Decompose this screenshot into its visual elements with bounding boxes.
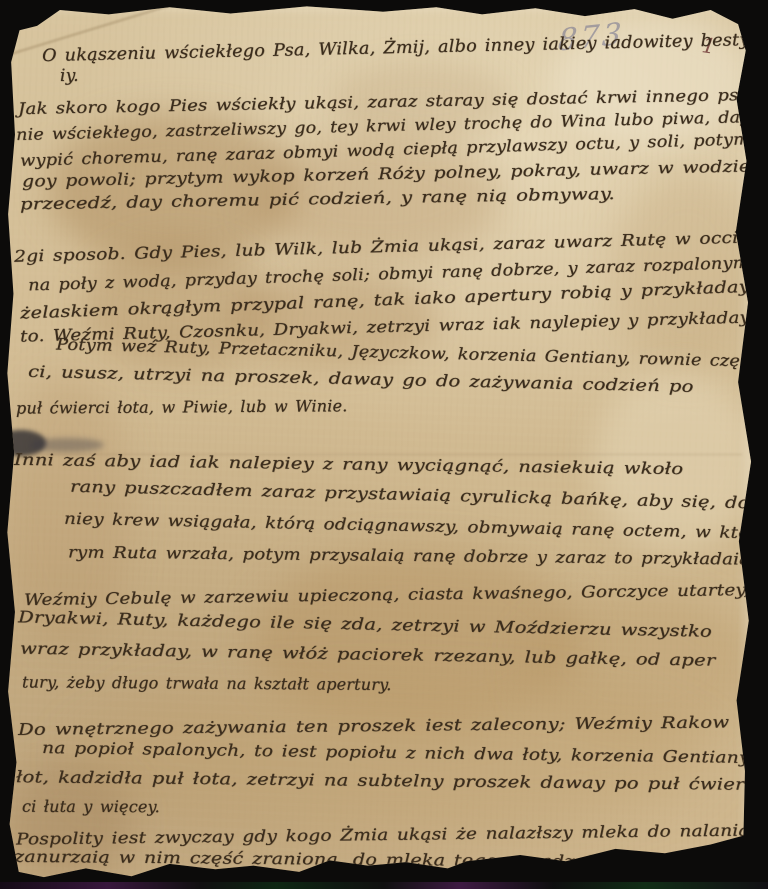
manuscript-line-text: puł ćwierci łota, w Piwie, lub w Winie. [16, 393, 348, 422]
deckle-edge-highlight [2, 4, 764, 16]
paragraph: O ukąszeniu wściekłego Psa, Wilka, Żmij,… [14, 36, 756, 86]
manuscript-text: O ukąszeniu wściekłego Psa, Wilka, Żmij,… [14, 36, 756, 872]
scan-edge-fringe [0, 882, 768, 889]
paragraph: Jak skoro kogo Pies wściekły ukąsi, zara… [14, 90, 756, 210]
manuscript-line: puł ćwierci łota, w Piwie, lub w Winie. [16, 390, 756, 422]
paragraph: Weźmiy Cebulę w zarzewiu upieczoną, cias… [14, 580, 756, 700]
paragraph: 2gi sposob. Gdy Pies, lub Wilk, lub Żmia… [14, 234, 756, 420]
manuscript-line: rym Ruta wrzała, potym przysalaią ranę d… [68, 537, 756, 575]
torn-paper-page: 873 1 O ukąszeniu wściekłego Psa, Wilka,… [2, 2, 764, 886]
paragraph: Pospolity iest zwyczay gdy kogo Żmia uką… [14, 822, 756, 872]
manuscript-line-text: tury, żeby długo trwała na kształt apert… [22, 667, 392, 700]
manuscript-line-text: rym Ruta wrzała, potym przysalaią ranę d… [68, 537, 751, 575]
manuscript-line-text: iy. [60, 64, 79, 89]
manuscript-scan: 873 1 O ukąszeniu wściekłego Psa, Wilka,… [0, 0, 768, 889]
manuscript-line-text: ci łuta y więcey. [22, 793, 160, 821]
manuscript-line-text: zanurzaią w nim część zranioną, do mleka… [14, 843, 750, 874]
manuscript-line: tury, żeby długo trwała na kształt apert… [22, 667, 756, 702]
manuscript-line: zanurzaią w nim część zranioną, do mleka… [14, 843, 756, 874]
paragraph: Do wnętrznego zażywania ten proszek iest… [14, 712, 756, 822]
paragraph: Inni zaś aby iad iak nalepiey z rany wyc… [14, 450, 756, 572]
